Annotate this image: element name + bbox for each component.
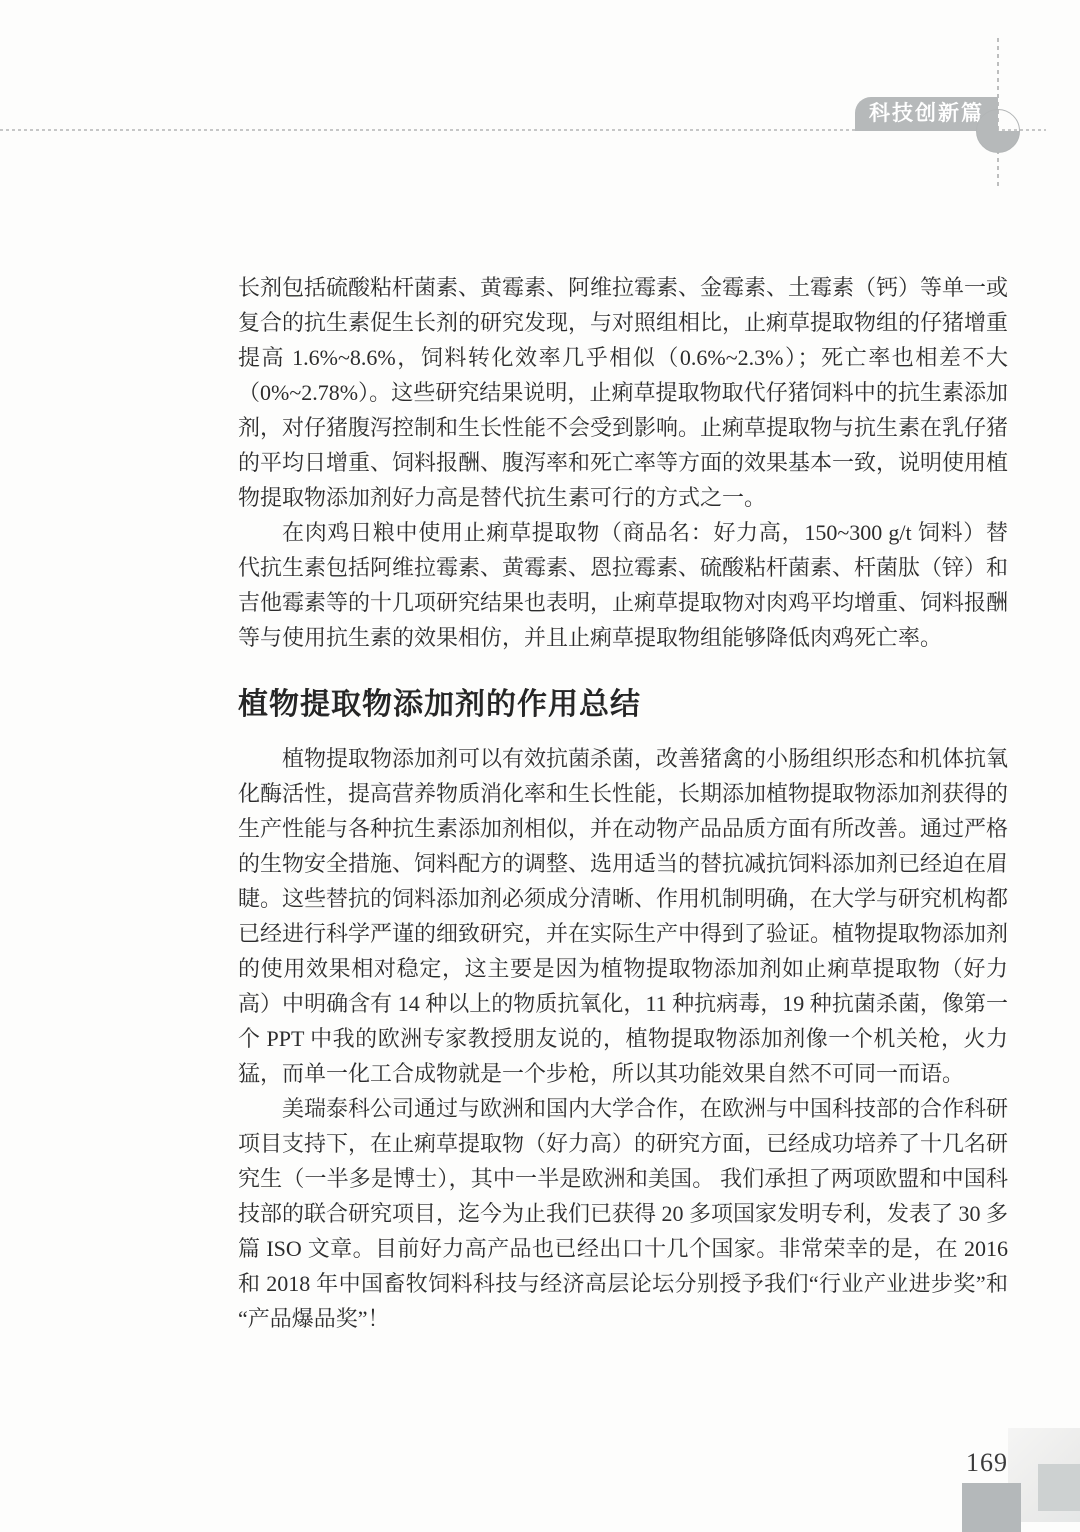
chapter-tab-label: 科技创新篇 [869,102,984,125]
corner-square-light [1038,1464,1080,1511]
scanned-book-page: 科技创新篇 长剂包括硫酸粘杆菌素、黄霉素、阿维拉霉素、金霉素、土霉素（钙）等单一… [0,0,1080,1532]
corner-square-medium [962,1483,1021,1532]
section-heading: 植物提取物添加剂的作用总结 [238,685,1008,725]
paragraph-summary: 植物提取物添加剂可以有效抗菌杀菌，改善猪禽的小肠组织形态和机体抗氧化酶活性，提高… [238,741,1008,1091]
paragraph-broiler-study: 在肉鸡日粮中使用止痢草提取物（商品名：好力高，150~300 g/t 饲料）替代… [238,515,1008,655]
paragraph-continuation: 长剂包括硫酸粘杆菌素、黄霉素、阿维拉霉素、金霉素、土霉素（钙）等单一或复合的抗生… [238,270,1008,515]
page-number: 169 [962,1448,1012,1478]
paragraph-company-achievements: 美瑞泰科公司通过与欧洲和国内大学合作，在欧洲与中国科技部的合作科研项目支持下，在… [238,1091,1008,1336]
article-body: 长剂包括硫酸粘杆菌素、黄霉素、阿维拉霉素、金霉素、土霉素（钙）等单一或复合的抗生… [238,270,1008,1336]
registration-mark-circle [976,109,1020,153]
